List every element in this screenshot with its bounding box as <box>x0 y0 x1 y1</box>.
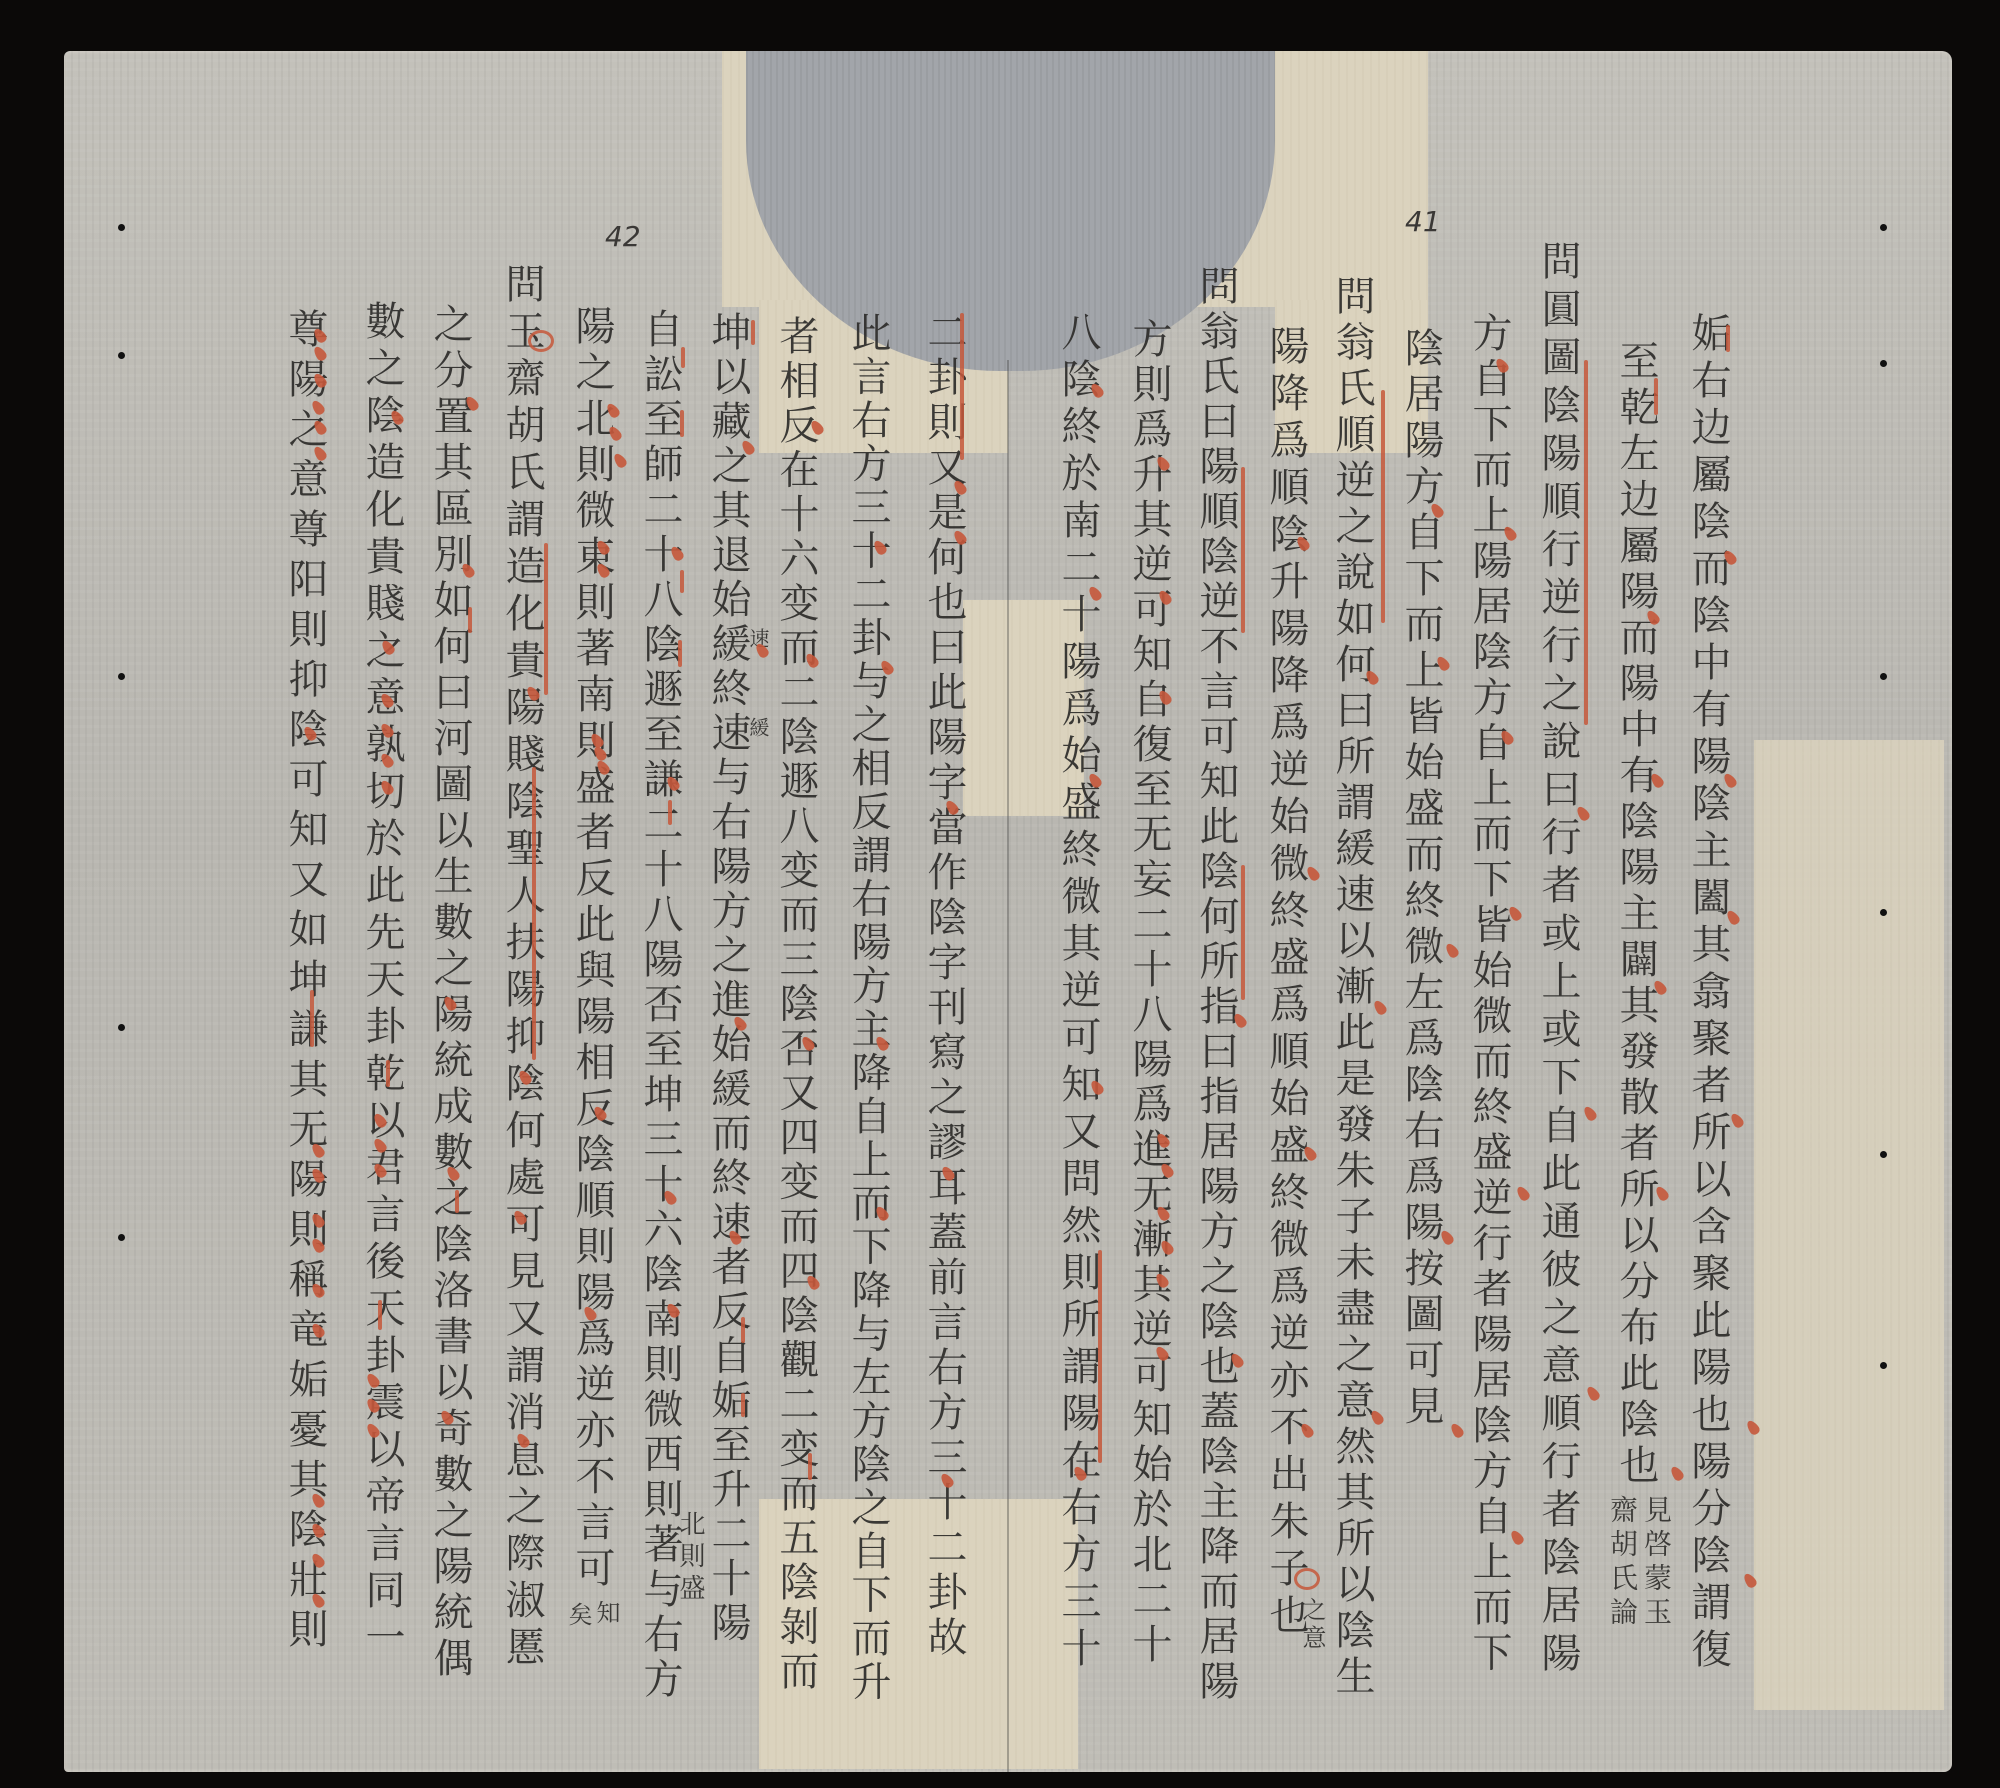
red-vertical-mark <box>1241 865 1245 1000</box>
binding-hole <box>1880 1362 1887 1369</box>
interlinear-note-left-line: 矣 <box>566 1602 590 1626</box>
binding-hole <box>1880 1151 1887 1158</box>
text-column-left-7: 問玉齋胡氏謂造化貴陽賤陰聖人扶陽抑陰何處可見又謂消息之際淑慝 <box>502 263 542 1673</box>
red-vertical-mark <box>378 1300 382 1330</box>
binding-hole <box>1880 909 1887 916</box>
red-vertical-mark <box>1241 467 1245 633</box>
red-vertical-mark <box>678 640 682 667</box>
page-number-right: 41 <box>1405 205 1441 238</box>
text-column-right-1: 姤右边屬陰而陰中有陽陰主闔其翕聚者所以含聚此陽也陽分陰謂復 <box>1688 312 1728 1675</box>
text-column-right-7: 陽降爲順陰升陽降爲逆始微終盛爲順始盛終微爲逆亦不出朱子也 <box>1266 325 1306 1641</box>
binding-hole <box>1880 224 1887 231</box>
text-column-left-3: 者相反在十六变而二陰遯八变而三陰否又四变而四陰觀二变而五陰剝而 <box>776 315 816 1695</box>
red-vertical-mark <box>1726 325 1730 352</box>
red-vertical-mark <box>680 410 684 437</box>
red-vertical-mark <box>532 767 536 1060</box>
red-vertical-mark <box>680 570 684 593</box>
repair-patch-right-edge <box>1754 740 1944 1710</box>
red-vertical-mark <box>741 1317 745 1343</box>
text-column-left-5: 自訟至師二十八陰遯至謙二十八陽否至坤三十六陰南則微西則著与右方 <box>640 308 680 1703</box>
binding-hole <box>1880 360 1887 367</box>
red-vertical-mark <box>544 543 548 695</box>
binding-hole <box>1880 673 1887 680</box>
red-vertical-mark <box>468 607 472 633</box>
insertion-note: 之意 <box>1300 1597 1324 1653</box>
red-vertical-mark <box>1584 360 1588 725</box>
red-vertical-mark <box>1098 1250 1102 1463</box>
binding-hole <box>118 352 125 359</box>
interlinear-note-right-line: 見啓蒙玉 <box>1642 1495 1670 1631</box>
text-column-right-9: 方則爲升其逆可知自復至无妄二十八陽爲進无漸其逆可知始於北二十 <box>1129 318 1169 1668</box>
text-column-left-4: 坤以藏之其退始緩終速与右陽方之進始緩而終速者反自姤至升二十陽 <box>708 311 748 1646</box>
text-column-right-2: 至乾左边屬陽而陽中有陰陽主闢其發散者所以分布此陰也 <box>1616 340 1656 1490</box>
text-column-left-9: 數之陰造化貴賤之意孰切於此先天卦乾以君言後天卦震以帝言同一 <box>362 300 402 1663</box>
text-column-right-3: 問圓圖陰陽順行逆行之說曰行者或上或下自此通彼之意順行者陰居陽 <box>1538 240 1578 1680</box>
red-vertical-mark <box>386 1060 390 1087</box>
text-column-right-4: 方自下而上陽居陰方自上而下皆始微而終盛逆行者陽居陰方自上而下 <box>1469 312 1509 1677</box>
red-vertical-mark <box>668 800 672 825</box>
text-column-right-5: 陰居陽方自下而上皆始盛而終微左爲陰右爲陽按圖可見 <box>1401 327 1441 1431</box>
text-column-left-6: 陽之北則微東則著南則盛者反此與陽相反陰順則陽爲逆亦不言可 <box>572 305 612 1593</box>
red-vertical-mark <box>681 347 685 368</box>
text-column-left-2: 此言右方三十二卦与之相反謂右陽方主降自上而下降与左方陰之自下而升 <box>848 312 888 1704</box>
text-column-left-8: 之分置其區別如何曰河圖以生數之陽統成數之陰洛書以奇數之陽統偶 <box>430 303 470 1683</box>
binding-hole <box>118 224 125 231</box>
text-column-right-6: 問翁氏順逆之說如何曰所謂緩速以漸此是發朱子未盡之意然其所以陰生 <box>1332 275 1372 1701</box>
red-vertical-mark <box>310 990 314 1047</box>
red-vertical-mark <box>751 320 755 345</box>
red-vertical-mark <box>455 1190 459 1213</box>
binding-hole <box>118 1024 125 1031</box>
interlinear-note-right-line: 知 <box>594 1600 618 1624</box>
margin-note: 北則盛 <box>677 1510 703 1606</box>
binding-hole <box>118 673 125 680</box>
red-vertical-mark <box>1654 378 1658 415</box>
manuscript-photograph: 41 42 姤右边屬陰而陰中有陽陰主闔其翕聚者所以含聚此陽也陽分陰謂復 至乾左边… <box>0 0 2000 1788</box>
red-vertical-mark <box>1381 390 1385 623</box>
correction-mark: 緩 <box>748 717 768 737</box>
red-circle-mark <box>528 330 554 352</box>
page-number-left: 42 <box>605 220 641 253</box>
red-circle-mark <box>1294 1568 1320 1590</box>
interlinear-note-left-line: 齋胡氏論 <box>1608 1495 1636 1631</box>
binding-hole <box>118 1234 125 1241</box>
red-vertical-mark <box>741 1393 745 1417</box>
text-column-left-1: 二卦則又是何也曰此陽字當作陰字刊寫之謬耳蓋前言右方三十二卦故 <box>924 311 964 1661</box>
red-vertical-mark <box>808 1453 812 1480</box>
text-column-right-8: 問翁氏曰陽順陰逆不言可知此陰何所指曰指居陽方之陰也蓋陰主降而居陽 <box>1196 265 1236 1705</box>
text-column-left-10: 尊陽之意尊阳則抑陰可知又如坤謙其无陽則稱竜姤憂其陰壯則 <box>285 308 325 1658</box>
red-vertical-mark <box>960 313 964 460</box>
center-fold-line <box>1007 360 1009 1772</box>
